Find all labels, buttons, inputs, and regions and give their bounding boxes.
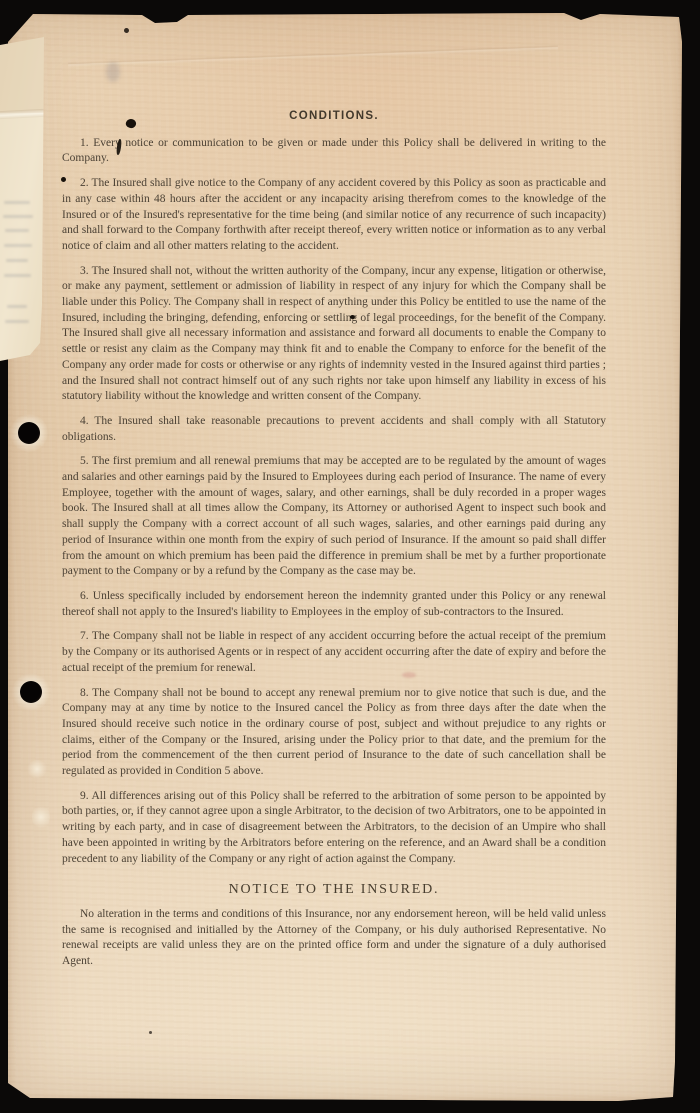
clause-number: 9. <box>80 790 89 802</box>
ghost-text-smudge <box>6 259 28 262</box>
clause-text: Unless specifically included by endorsem… <box>62 590 606 618</box>
page-title: CONDITIONS. <box>62 109 606 125</box>
condition-clause-4: 4. The Insured shall take reasonable pre… <box>62 414 606 445</box>
policy-conditions-page: CONDITIONS. 1. Every notice or communica… <box>8 12 682 1101</box>
clause-number: 2. <box>80 177 89 189</box>
clause-text: The Insured shall give notice to the Com… <box>62 177 606 252</box>
ink-spot <box>149 1031 152 1034</box>
clause-number: 7. <box>80 630 89 642</box>
clause-number: 4. <box>80 415 89 427</box>
pink-stain <box>402 672 416 678</box>
punch-hole-top <box>18 422 40 444</box>
clause-text: The first premium and all renewal premiu… <box>62 455 606 577</box>
ghost-text-smudge <box>4 274 31 277</box>
pale-spot <box>32 804 50 830</box>
faint-smudge <box>106 62 120 82</box>
clause-text: The Insured shall take reasonable precau… <box>62 415 606 443</box>
ink-spot <box>350 315 355 319</box>
condition-clause-7: 7. The Company shall not be liable in re… <box>62 629 606 676</box>
ghost-text-smudge <box>7 305 27 308</box>
clause-text: All differences arising out of this Poli… <box>62 790 606 865</box>
clause-number: 3. <box>80 265 89 277</box>
condition-clause-5: 5. The first premium and all renewal pre… <box>62 454 606 580</box>
flap-shaded-area <box>0 33 44 113</box>
pale-spot <box>26 760 48 778</box>
ink-spot <box>61 177 66 182</box>
clause-number: 1. <box>80 137 89 149</box>
ghost-text-smudge <box>5 320 29 323</box>
ghost-text-smudge <box>5 229 29 232</box>
clause-text: The Company shall not be bound to accept… <box>62 687 606 778</box>
printed-text-block: CONDITIONS. 1. Every notice or communica… <box>62 12 606 970</box>
clause-number: 6. <box>80 590 89 602</box>
clause-number: 5. <box>80 455 89 467</box>
notice-body: No alteration in the terms and condition… <box>62 907 606 970</box>
clause-number: 8. <box>80 687 89 699</box>
condition-clause-8: 8. The Company shall not be bound to acc… <box>62 686 606 780</box>
clause-text: The Company shall not be liable in respe… <box>62 630 606 673</box>
flap-fold-crease <box>0 109 47 120</box>
punch-hole-bottom <box>20 681 42 703</box>
notice-heading: NOTICE TO THE INSURED. <box>62 882 606 898</box>
ghost-text-smudge <box>4 201 30 204</box>
condition-clause-3: 3. The Insured shall not, without the wr… <box>62 264 606 405</box>
condition-clause-9: 9. All differences arising out of this P… <box>62 789 606 868</box>
overlapping-page-corner <box>0 33 44 361</box>
ghost-text-smudge <box>3 215 33 218</box>
ghost-text-smudge <box>4 244 32 247</box>
clause-text: Every notice or communication to be give… <box>62 137 606 165</box>
ink-spot <box>124 28 129 33</box>
clause-text: The Insured shall not, without the writt… <box>62 265 606 403</box>
condition-clause-2: 2. The Insured shall give notice to the … <box>62 176 606 255</box>
condition-clause-6: 6. Unless specifically included by endor… <box>62 589 606 620</box>
condition-clause-1: 1. Every notice or communication to be g… <box>62 136 606 167</box>
